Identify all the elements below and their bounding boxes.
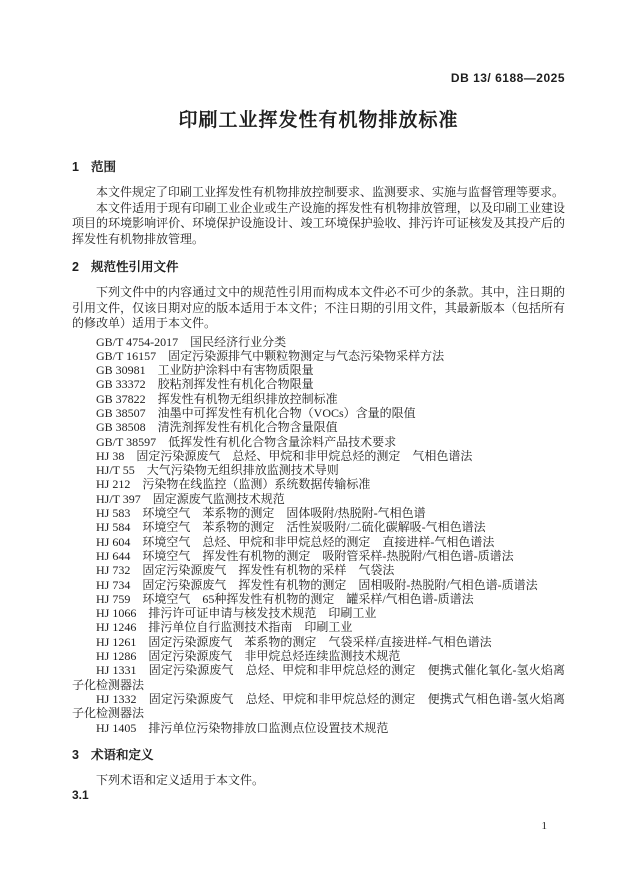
- section-2-title: 规范性引用文件: [91, 260, 179, 274]
- reference-item: GB/T 16157 固定污染源排气中颗粒物测定与气态污染物采样方法: [72, 349, 565, 363]
- reference-item: HJ 38 固定污染源废气 总烃、甲烷和非甲烷总烃的测定 气相色谱法: [72, 449, 565, 463]
- scope-paragraph-1: 本文件规定了印刷工业挥发性有机物排放控制要求、监测要求、实施与监督管理等要求。: [72, 185, 565, 201]
- document-page: DB 13/ 6188—2025 印刷工业挥发性有机物排放标准 1范围 本文件规…: [0, 0, 631, 881]
- reference-item: HJ 732 固定污染源废气 挥发性有机物的采样 气袋法: [72, 563, 565, 577]
- reference-item: GB/T 38597 低挥发性有机化合物含量涂料产品技术要求: [72, 435, 565, 449]
- reference-item: HJ 734 固定污染源废气 挥发性有机物的测定 固相吸附-热脱附/气相色谱-质…: [72, 578, 565, 592]
- reference-item: GB 37822 挥发性有机物无组织排放控制标准: [72, 392, 565, 406]
- reference-item: GB/T 4754-2017 国民经济行业分类: [72, 335, 565, 349]
- section-1-number: 1: [72, 160, 79, 174]
- document-title: 印刷工业挥发性有机物排放标准: [72, 109, 565, 133]
- reference-item: HJ 1286 固定污染源废气 非甲烷总烃连续监测技术规范: [72, 649, 565, 663]
- reference-item: GB 38508 清洗剂挥发性有机化合物含量限值: [72, 420, 565, 434]
- reference-item: HJ 1331 固定污染源废气 总烃、甲烷和非甲烷总烃的测定 便携式催化氧化-氢…: [72, 663, 565, 692]
- subsection-3-1-number: 3.1: [72, 788, 565, 803]
- reference-item: HJ 1066 排污许可证申请与核发技术规范 印刷工业: [72, 606, 565, 620]
- section-3-title: 术语和定义: [91, 748, 154, 762]
- reference-item: HJ 584 环境空气 苯系物的测定 活性炭吸附/二硫化碳解吸-气相色谱法: [72, 520, 565, 534]
- reference-item: HJ 1332 固定污染源废气 总烃、甲烷和非甲烷总烃的测定 便携式气相色谱-氢…: [72, 692, 565, 721]
- section-1-heading: 1范围: [72, 160, 565, 174]
- terms-intro: 下列术语和定义适用于本文件。: [72, 773, 565, 789]
- section-2-heading: 2规范性引用文件: [72, 260, 565, 274]
- references-intro: 下列文件中的内容通过文中的规范性引用而构成本文件必不可少的条款。其中，注日期的引…: [72, 285, 565, 332]
- reference-item: HJ 1246 排污单位自行监测技术指南 印刷工业: [72, 620, 565, 634]
- reference-item: HJ/T 397 固定源废气监测技术规范: [72, 492, 565, 506]
- section-1-title: 范围: [91, 160, 116, 174]
- reference-item: HJ/T 55 大气污染物无组织排放监测技术导则: [72, 463, 565, 477]
- section-terms: 3术语和定义 下列术语和定义适用于本文件。 3.1: [72, 748, 565, 804]
- reference-item: HJ 1261 固定污染源废气 苯系物的测定 气袋采样/直接进样-气相色谱法: [72, 635, 565, 649]
- reference-list: GB/T 4754-2017 国民经济行业分类 GB/T 16157 固定污染源…: [72, 335, 565, 735]
- reference-item: GB 30981 工业防护涂料中有害物质限量: [72, 363, 565, 377]
- doc-number: DB 13/ 6188—2025: [451, 71, 565, 85]
- reference-item: HJ 1405 排污单位污染物排放口监测点位设置技术规范: [72, 721, 565, 735]
- section-scope: 1范围 本文件规定了印刷工业挥发性有机物排放控制要求、监测要求、实施与监督管理等…: [72, 160, 565, 247]
- reference-item: HJ 759 环境空气 65种挥发性有机物的测定 罐采样/气相色谱-质谱法: [72, 592, 565, 606]
- reference-item: HJ 604 环境空气 总烃、甲烷和非甲烷总烃的测定 直接进样-气相色谱法: [72, 535, 565, 549]
- reference-item: GB 38507 油墨中可挥发性有机化合物（VOCs）含量的限值: [72, 406, 565, 420]
- reference-item: HJ 583 环境空气 苯系物的测定 固体吸附/热脱附-气相色谱: [72, 506, 565, 520]
- page-number: 1: [542, 820, 548, 832]
- reference-item: GB 33372 胶粘剂挥发性有机化合物限量: [72, 377, 565, 391]
- section-3-number: 3: [72, 748, 79, 762]
- reference-item: HJ 644 环境空气 挥发性有机物的测定 吸附管采样-热脱附/气相色谱-质谱法: [72, 549, 565, 563]
- reference-item: HJ 212 污染物在线监控（监测）系统数据传输标准: [72, 477, 565, 491]
- page-header: DB 13/ 6188—2025: [72, 72, 565, 85]
- section-normative-references: 2规范性引用文件 下列文件中的内容通过文中的规范性引用而构成本文件必不可少的条款…: [72, 260, 565, 735]
- section-2-number: 2: [72, 260, 79, 274]
- scope-paragraph-2: 本文件适用于现有印刷工业企业或生产设施的挥发性有机物排放管理，以及印刷工业建设项…: [72, 201, 565, 248]
- section-3-heading: 3术语和定义: [72, 748, 565, 762]
